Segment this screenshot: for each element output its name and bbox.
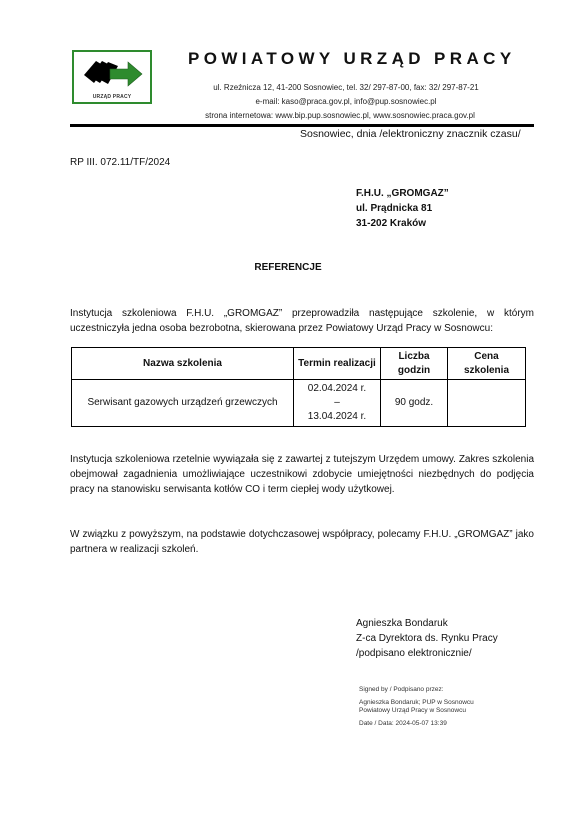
office-logo: URZĄD PRACY — [72, 50, 152, 104]
electronic-signature-stamp: Signed by / Podpisano przez: Agnieszka B… — [359, 686, 474, 728]
column-header-price: Cena szkolenia — [448, 348, 526, 380]
recipient-city: 31-202 Kraków — [356, 216, 449, 231]
organization-name: POWIATOWY URZĄD PRACY — [188, 49, 516, 69]
signatory-name: Agnieszka Bondaruk — [356, 616, 498, 631]
place-and-date: Sosnowiec, dnia /elektroniczny znacznik … — [300, 128, 521, 140]
term-separator: – — [297, 396, 377, 410]
table-header-row: Nazwa szkolenia Termin realizacji Liczba… — [72, 348, 526, 380]
training-name: Serwisant gazowych urządzeń grzewczych — [72, 380, 294, 427]
header-website: strona internetowa: www.bip.pup.sosnowie… — [160, 111, 520, 120]
intro-paragraph: Instytucja szkoleniowa F.H.U. „GROMGAZ” … — [70, 306, 534, 336]
evaluation-paragraph: Instytucja szkoleniowa rzetelnie wywiąza… — [70, 452, 534, 497]
recipient-name: F.H.U. „GROMGAZ” — [356, 186, 449, 201]
recipient-street: ul. Prądnicka 81 — [356, 201, 449, 216]
header-address: ul. Rzeźnicza 12, 41-200 Sosnowiec, tel.… — [186, 83, 506, 92]
column-header-term: Termin realizacji — [294, 348, 381, 380]
reference-number: RP III. 072.11/TF/2024 — [70, 157, 170, 168]
recipient-address: F.H.U. „GROMGAZ” ul. Prądnicka 81 31-202… — [356, 186, 449, 231]
header-divider — [70, 124, 534, 127]
documents-arrow-icon — [80, 55, 144, 93]
table-row: Serwisant gazowych urządzeń grzewczych 0… — [72, 380, 526, 427]
training-table: Nazwa szkolenia Termin realizacji Liczba… — [71, 347, 526, 427]
term-end: 13.04.2024 r. — [297, 410, 377, 424]
signature-block: Agnieszka Bondaruk Z-ca Dyrektora ds. Ry… — [356, 616, 498, 661]
signer-line-1: Agnieszka Bondaruk; PUP w Sosnowcu — [359, 699, 474, 707]
logo-caption: URZĄD PRACY — [74, 94, 150, 100]
document-title: REFERENCJE — [0, 262, 576, 273]
signed-by-label: Signed by / Podpisano przez: — [359, 686, 474, 694]
training-price — [448, 380, 526, 427]
signer-line-2: Powiatowy Urząd Pracy w Sosnowcu — [359, 707, 474, 715]
term-start: 02.04.2024 r. — [297, 382, 377, 396]
training-hours: 90 godz. — [381, 380, 448, 427]
signature-note: /podpisano elektronicznie/ — [356, 646, 498, 661]
training-term: 02.04.2024 r. – 13.04.2024 r. — [294, 380, 381, 427]
signatory-position: Z-ca Dyrektora ds. Rynku Pracy — [356, 631, 498, 646]
column-header-hours: Liczba godzin — [381, 348, 448, 380]
recommendation-paragraph: W związku z powyższym, na podstawie doty… — [70, 527, 534, 557]
signature-date: Date / Data: 2024-05-07 13:39 — [359, 720, 474, 728]
header-email: e-mail: kaso@praca.gov.pl, info@pup.sosn… — [186, 97, 506, 106]
column-header-name: Nazwa szkolenia — [72, 348, 294, 380]
